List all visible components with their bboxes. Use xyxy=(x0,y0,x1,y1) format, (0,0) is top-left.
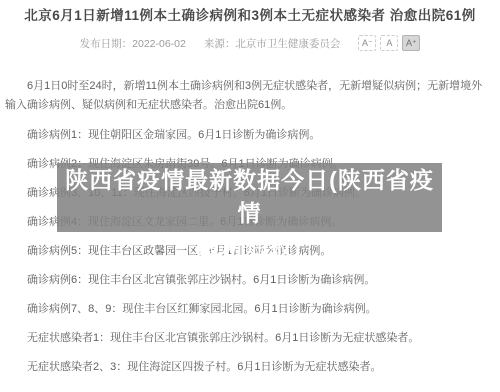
watermark-line2: 最新通报) xyxy=(57,230,442,263)
font-larger-button[interactable]: A⁺ xyxy=(402,35,420,51)
article-meta: 发布日期：2022-06-02 来源：北京市卫生健康委员会 A⁻ A A⁺ xyxy=(0,35,500,51)
source-label: 来源： xyxy=(204,38,236,50)
case-line: 确诊病例7、8、9：现住丰台区红狮家园北园。6月1日诊断为确诊病例。 xyxy=(5,303,493,316)
source: 来源：北京市卫生健康委员会 xyxy=(204,36,341,51)
page-title: 北京6月1日新增11例本土确诊病例和3例本土无症状感染者 治愈出院61例 xyxy=(14,7,486,25)
case-line: 确诊病例1：现住朝阳区金瑞家园。6月1日诊断为确诊病例。 xyxy=(5,129,493,142)
font-normal-button[interactable]: A xyxy=(380,35,398,51)
case-line: 无症状感染者1：现住丰台区北宫镇张郭庄沙锅村。6月1日诊断为无症状感染者。 xyxy=(5,332,493,345)
publish-date-label: 发布日期： xyxy=(80,38,133,50)
font-size-controls: A⁻ A A⁺ xyxy=(358,35,420,51)
case-line: 无症状感染者2、3：现住海淀区四拨子村。6月1日诊断为无症状感染者。 xyxy=(5,361,493,374)
source-value: 北京市卫生健康委员会 xyxy=(235,38,340,50)
font-smaller-button[interactable]: A⁻ xyxy=(358,35,376,51)
publish-date-value: 2022-06-02 xyxy=(132,38,186,50)
watermark-overlay: 陕西省疫情最新数据今日(陕西省疫情 最新通报) xyxy=(57,163,442,232)
case-line: 确诊病例6：现住丰台区北宫镇张郭庄沙锅村。6月1日诊断为确诊病例。 xyxy=(5,274,493,287)
article-page: 北京6月1日新增11例本土确诊病例和3例本土无症状感染者 治愈出院61例 发布日… xyxy=(0,0,500,392)
publish-date: 发布日期：2022-06-02 xyxy=(80,36,186,51)
intro-paragraph: 6月1日0时至24时，新增11例本土确诊病例和3例无症状感染者，无新增疑似病例；… xyxy=(5,77,493,115)
watermark-line1: 陕西省疫情最新数据今日(陕西省疫情 xyxy=(57,164,442,230)
